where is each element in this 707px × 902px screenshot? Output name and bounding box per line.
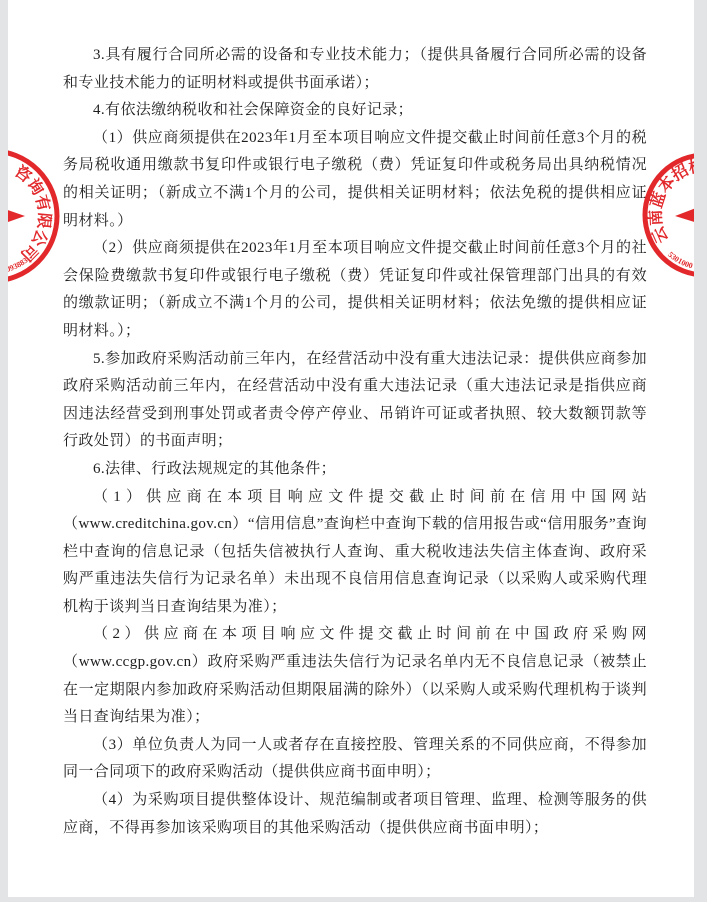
paragraph-4: 4.有依法缴纳税收和社会保障资金的良好记录； <box>63 97 647 125</box>
seal-serial-number: 093883 <box>8 256 30 274</box>
paragraph-3: 3.具有履行合同所必需的设备和专业技术能力；（提供具备履行合同所必需的设备和专业… <box>63 42 647 97</box>
seal-ring <box>8 151 57 281</box>
paragraph-6-sub2: （2）供应商在本项目响应文件提交截止时间前在中国政府采购网（www.ccgp.g… <box>63 621 647 731</box>
paragraph-4-sub1: （1）供应商须提供在2023年1月至本项目响应文件提交截止时间前任意3个月的税务… <box>63 125 647 235</box>
seal-arc-text: 云南蓝本招标 <box>646 156 694 246</box>
paragraph-5: 5.参加政府采购活动前三年内，在经营活动中没有重大违法记录：提供供应商参加政府采… <box>63 346 647 456</box>
paragraph-6-sub1: （1）供应商在本项目响应文件提交截止时间前在信用中国网站（www.creditc… <box>63 484 647 622</box>
paragraph-6: 6.法律、行政法规规定的其他条件； <box>63 456 647 484</box>
document-page: 3.具有履行合同所必需的设备和专业技术能力；（提供具备履行合同所必需的设备和专业… <box>8 0 694 897</box>
paragraph-6-sub3: （3）单位负责人为同一人或者存在直接控股、管理关系的不同供应商，不得参加同一合同… <box>63 732 647 787</box>
document-body-text: 3.具有履行合同所必需的设备和专业技术能力；（提供具备履行合同所必需的设备和专业… <box>63 42 647 842</box>
paragraph-6-sub4: （4）为采购项目提供整体设计、规范编制或者项目管理、监理、检测等服务的供应商，不… <box>63 787 647 842</box>
seal-serial-number: 5301000 <box>666 250 694 270</box>
seal-star-icon <box>668 177 694 248</box>
seal-arc-text: 咨询有限公司 <box>11 161 54 265</box>
seal-ring <box>645 155 694 275</box>
scan-background: 3.具有履行合同所必需的设备和专业技术能力；（提供具备履行合同所必需的设备和专业… <box>0 0 707 902</box>
seal-star-icon <box>8 175 32 251</box>
paragraph-4-sub2: （2）供应商须提供在2023年1月至本项目响应文件提交截止时间前任意3个月的社会… <box>63 235 647 345</box>
